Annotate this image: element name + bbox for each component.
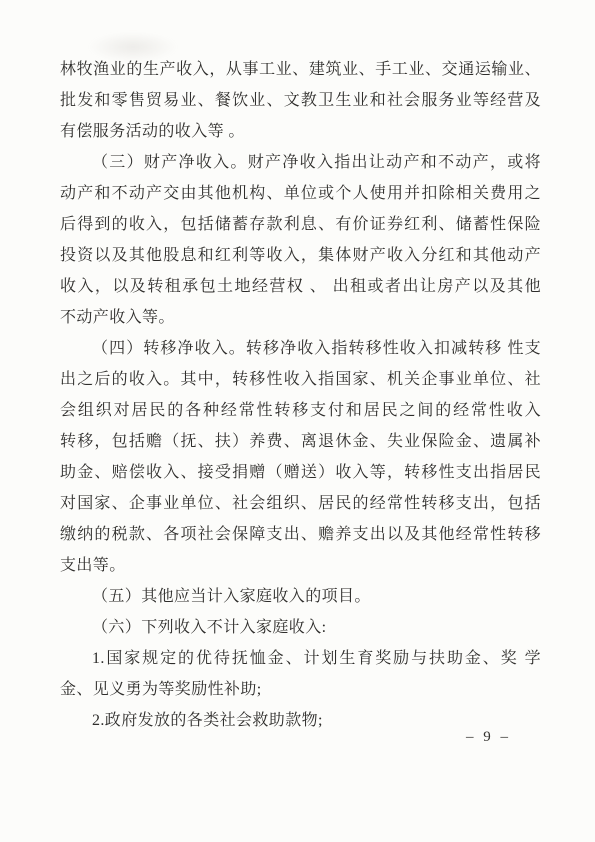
text-line: 收入，以及转租承包土地经营权 、 出租或者出让房产以及其他 — [60, 271, 541, 302]
text-line: 支出等。 — [60, 550, 541, 581]
document-body: 林牧渔业的生产收入，从事工业、建筑业、手工业、交通运输业、批发和零售贸易业、餐饮… — [60, 54, 541, 736]
document-page: 林牧渔业的生产收入，从事工业、建筑业、手工业、交通运输业、批发和零售贸易业、餐饮… — [0, 0, 595, 842]
text-line: 不动产收入等。 — [60, 302, 541, 333]
text-line: （三）财产净收入。财产净收入指出让动产和不动产，或将 — [60, 147, 541, 178]
text-line: 对国家、企事业单位、社会组织、居民的经常性转移支出，包括 — [60, 488, 541, 519]
text-line: （六）下列收入不计入家庭收入: — [60, 612, 541, 643]
text-line: 缴纳的税款、各项社会保障支出、赡养支出以及其他经常性转移 — [60, 519, 541, 550]
text-line: 投资以及其他股息和红利等收入，集体财产收入分红和其他动产 — [60, 240, 541, 271]
page-number: – 9 – — [466, 729, 511, 746]
text-line: 金、见义勇为等奖励性补助; — [60, 674, 541, 705]
text-line: 后得到的收入，包括储蓄存款利息、有价证券红利、储蓄性保险 — [60, 209, 541, 240]
text-line: 动产和不动产交由其他机构、单位或个人使用并扣除相关费用之 — [60, 178, 541, 209]
text-line: 会组织对居民的各种经常性转移支付和居民之间的经常性收入 — [60, 395, 541, 426]
text-line: （四）转移净收入。转移净收入指转移性收入扣减转移 性支 — [60, 333, 541, 364]
text-line: （五）其他应当计入家庭收入的项目。 — [60, 581, 541, 612]
text-line: 批发和零售贸易业、餐饮业、文教卫生业和社会服务业等经营及 — [60, 85, 541, 116]
text-line: 助金、赔偿收入、接受捐赠（赠送）收入等，转移性支出指居民 — [60, 457, 541, 488]
text-line: 有偿服务活动的收入等 。 — [60, 116, 541, 147]
text-line: 林牧渔业的生产收入，从事工业、建筑业、手工业、交通运输业、 — [60, 54, 541, 85]
text-line: 转移，包括赡（抚、扶）养费、离退休金、失业保险金、遗属补 — [60, 426, 541, 457]
text-line: 出之后的收入。其中，转移性收入指国家、机关企事业单位、社 — [60, 364, 541, 395]
text-line: 1.国家规定的优待抚恤金、计划生育奖励与扶助金、奖 学 — [60, 643, 541, 674]
